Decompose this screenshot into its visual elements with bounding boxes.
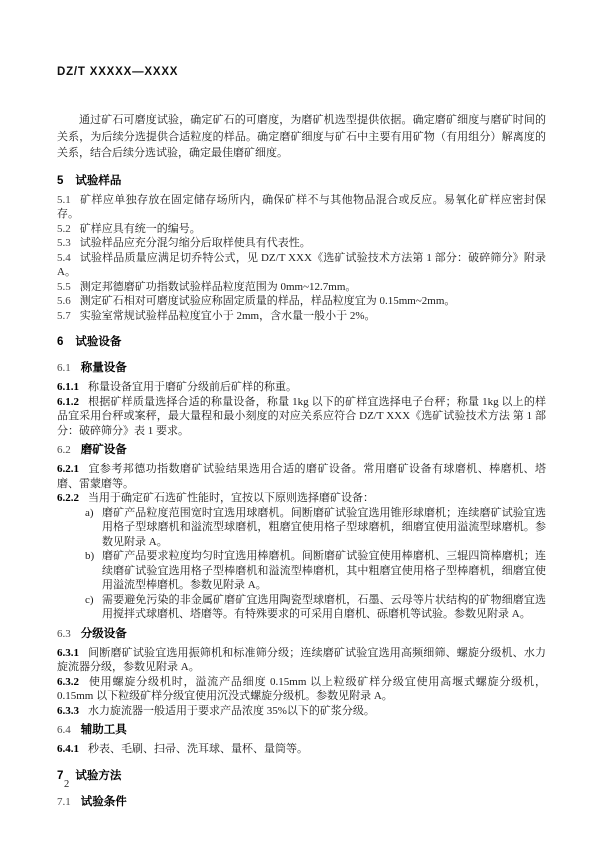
page-number: 2: [64, 779, 69, 790]
list-item-text: 需要避免污染的非金属矿磨矿宜选用陶瓷型球磨机，石墨、云母等片状结构的矿物细磨宜选…: [102, 594, 546, 621]
clause-text: 间断磨矿试验宜选用振筛机和标准筛分级；连续磨矿试验宜选用高频细筛、螺旋分级机、水…: [57, 647, 546, 674]
clause-number: 5.5: [57, 281, 71, 293]
section-6-4-title: 辅助工具: [81, 724, 127, 736]
section-6-2-number: 6.2: [57, 444, 71, 456]
clause-text: 水力旋流器一般适用于要求产品浓度 35%以下的矿浆分级。: [88, 705, 375, 717]
clause-number: 5.2: [57, 223, 71, 235]
section-5-number: 5: [57, 175, 63, 187]
clause-6-3-1: 6.3.1间断磨矿试验宜选用振筛机和标准筛分级；连续磨矿试验宜选用高频细筛、螺旋…: [57, 646, 546, 675]
clause-6-3-3: 6.3.3水力旋流器一般适用于要求产品浓度 35%以下的矿浆分级。: [57, 704, 546, 719]
document-page: DZ/T XXXXX—XXXX 通过矿石可磨度试验，确定矿石的可磨度，为磨矿机选…: [0, 0, 600, 849]
list-item-a: a)磨矿产品粒度范围宽时宜选用球磨机。间断磨矿试验宜选用锥形球磨机；连续磨矿试验…: [57, 506, 546, 550]
list-item-b: b)磨矿产品要求粒度均匀时宜选用棒磨机。间断磨矿试验宜使用棒磨机、三辊四筒棒磨机…: [57, 549, 546, 593]
section-6-1-title: 称量设备: [81, 362, 127, 374]
section-6-4-number: 6.4: [57, 724, 71, 736]
section-7-1-number: 7.1: [57, 796, 71, 808]
clause-5-4: 5.4试验样品质量应满足切乔特公式，见 DZ/T XXX《选矿试验技术方法第 1…: [57, 251, 546, 280]
clause-text: 宜参考邦德功指数磨矿试验结果选用合适的磨矿设备。常用磨矿设备有球磨机、棒磨机、塔…: [57, 463, 546, 490]
clause-number: 5.7: [57, 310, 71, 322]
section-6-2-heading: 6.2磨矿设备: [57, 442, 546, 458]
clause-5-7: 5.7实验室常规试验样品粒度宜小于 2mm，含水量一般小于 2%。: [57, 309, 546, 324]
clause-number: 6.3.3: [57, 705, 79, 717]
clause-number: 6.1.2: [57, 396, 79, 408]
clause-6-1-1: 6.1.1称量设备宜用于磨矿分级前后矿样的称重。: [57, 380, 546, 395]
section-7-1-title: 试验条件: [81, 796, 127, 808]
clause-5-2: 5.2矿样应具有统一的编号。: [57, 222, 546, 237]
clause-text: 当用于确定矿石选矿性能时，宜按以下原则选择磨矿设备：: [88, 492, 374, 504]
section-7-title: 试验方法: [75, 770, 121, 782]
clause-6-4-1: 6.4.1秒表、毛刷、扫帚、洗耳球、量杯、量筒等。: [57, 742, 546, 757]
list-item-c: c)需要避免污染的非金属矿磨矿宜选用陶瓷型球磨机，石墨、云母等片状结构的矿物细磨…: [57, 593, 546, 622]
clause-number: 6.2.1: [57, 463, 79, 475]
section-6-title: 试验设备: [75, 336, 121, 348]
clause-number: 6.3.1: [57, 647, 79, 659]
section-6-1-heading: 6.1称量设备: [57, 360, 546, 376]
section-6-1-number: 6.1: [57, 362, 71, 374]
list-marker: a): [85, 506, 94, 521]
list-marker: c): [85, 593, 94, 608]
section-6-3-number: 6.3: [57, 628, 71, 640]
clause-6-3-2: 6.3.2使用螺旋分级机时，溢流产品细度 0.15mm 以上粒级矿样分级宜使用高…: [57, 675, 546, 704]
section-7-number: 7: [57, 770, 63, 782]
section-6-3-heading: 6.3分级设备: [57, 626, 546, 642]
clause-text: 试验样品应充分混匀缩分后取样使具有代表性。: [80, 237, 311, 249]
clause-6-2-1: 6.2.1宜参考邦德功指数磨矿试验结果选用合适的磨矿设备。常用磨矿设备有球磨机、…: [57, 462, 546, 491]
clause-6-1-2: 6.1.2根据矿样质量选择合适的称量设备，称量 1kg 以下的矿样宜选择电子台秤…: [57, 395, 546, 439]
clause-text: 测定邦德磨矿功指数试验样品粒度范围为 0mm~12.7mm。: [80, 281, 357, 293]
document-code: DZ/T XXXXX—XXXX: [57, 66, 178, 78]
clause-number: 5.3: [57, 237, 71, 249]
section-6-2-title: 磨矿设备: [81, 444, 127, 456]
list-item-text: 磨矿产品粒度范围宽时宜选用球磨机。间断磨矿试验宜选用锥形球磨机；连续磨矿试验宜选…: [102, 507, 546, 548]
clause-text: 实验室常规试验样品粒度宜小于 2mm，含水量一般小于 2%。: [80, 310, 376, 322]
clause-text: 秒表、毛刷、扫帚、洗耳球、量杯、量筒等。: [88, 743, 308, 755]
clause-5-1: 5.1矿样应单独存放在固定储存场所内，确保矿样不与其他物品混合或反应。易氧化矿样…: [57, 193, 546, 222]
clause-text: 测定矿石相对可磨度试验应称固定质量的样品，样品粒度宜为 0.15mm~2mm。: [80, 295, 456, 307]
clause-5-3: 5.3试验样品应充分混匀缩分后取样使具有代表性。: [57, 236, 546, 251]
clause-text: 根据矿样质量选择合适的称量设备，称量 1kg 以下的矿样宜选择电子台秤；称量 1…: [57, 396, 546, 437]
clause-text: 试验样品质量应满足切乔特公式，见 DZ/T XXX《选矿试验技术方法第 1 部分…: [57, 252, 546, 279]
section-6-4-heading: 6.4辅助工具: [57, 722, 546, 738]
list-marker: b): [85, 549, 94, 564]
clause-number: 6.3.2: [57, 676, 79, 688]
section-5-heading: 5试验样品: [57, 173, 546, 189]
clause-5-5: 5.5测定邦德磨矿功指数试验样品粒度范围为 0mm~12.7mm。: [57, 280, 546, 295]
clause-text: 矿样应具有统一的编号。: [80, 223, 201, 235]
clause-text: 称量设备宜用于磨矿分级前后矿样的称重。: [88, 381, 297, 393]
intro-paragraph: 通过矿石可磨度试验，确定矿石的可磨度，为磨矿机选型提供依据。确定磨矿细度与磨矿时…: [57, 112, 546, 162]
clause-text: 矿样应单独存放在固定储存场所内，确保矿样不与其他物品混合或反应。易氧化矿样应密封…: [57, 194, 546, 221]
list-item-text: 磨矿产品要求粒度均匀时宜选用棒磨机。间断磨矿试验宜使用棒磨机、三辊四筒棒磨机；连…: [102, 550, 546, 591]
clause-number: 5.6: [57, 295, 71, 307]
clause-number: 6.1.1: [57, 381, 79, 393]
clause-number: 5.4: [57, 252, 71, 264]
section-6-number: 6: [57, 336, 63, 348]
clause-number: 6.2.2: [57, 492, 79, 504]
section-6-heading: 6试验设备: [57, 334, 546, 350]
section-5-title: 试验样品: [75, 175, 121, 187]
clause-text: 使用螺旋分级机时，溢流产品细度 0.15mm 以上粒级矿样分级宜使用高堰式螺旋分…: [57, 676, 546, 703]
section-7-1-heading: 7.1试验条件: [57, 794, 546, 810]
clause-6-2-2: 6.2.2当用于确定矿石选矿性能时，宜按以下原则选择磨矿设备：: [57, 491, 546, 506]
section-6-3-title: 分级设备: [81, 628, 127, 640]
section-7-heading: 7试验方法: [57, 768, 546, 784]
document-content: 通过矿石可磨度试验，确定矿石的可磨度，为磨矿机选型提供依据。确定磨矿细度与磨矿时…: [57, 112, 546, 810]
clause-number: 5.1: [57, 194, 71, 206]
clause-number: 6.4.1: [57, 743, 79, 755]
clause-5-6: 5.6测定矿石相对可磨度试验应称固定质量的样品，样品粒度宜为 0.15mm~2m…: [57, 294, 546, 309]
